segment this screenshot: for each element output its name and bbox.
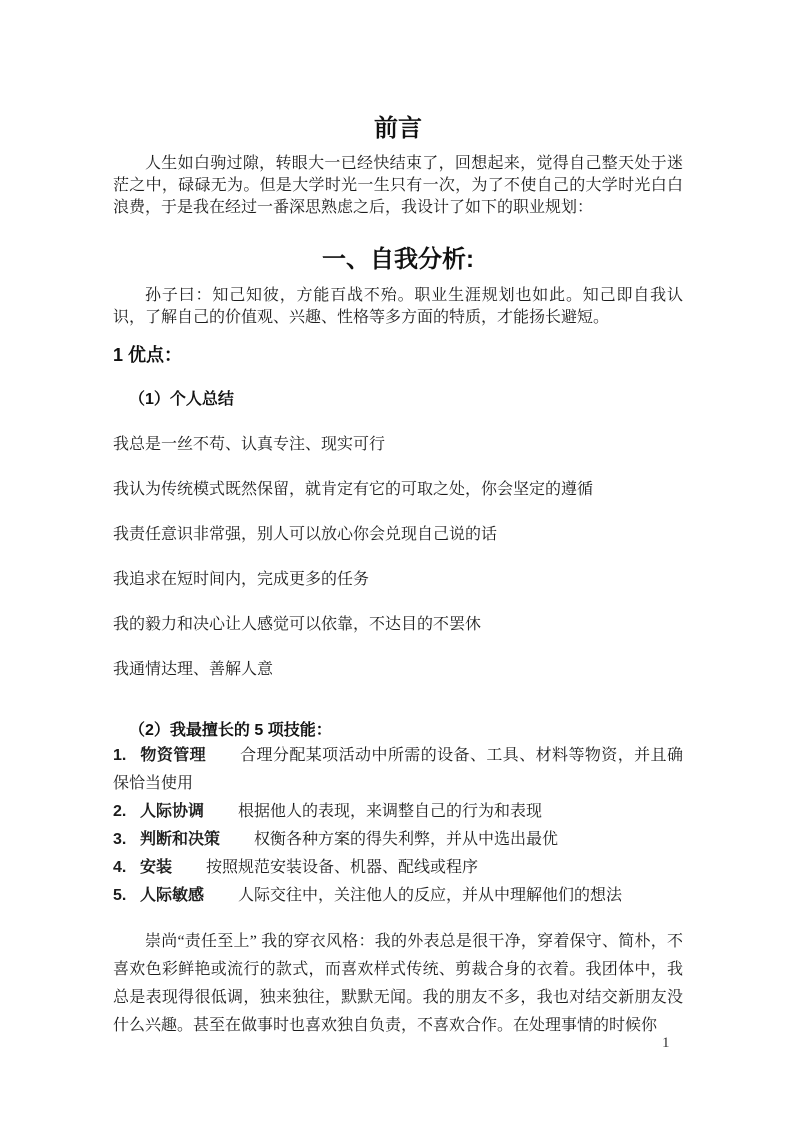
skill-name: 判断和决策 bbox=[140, 831, 220, 848]
skill-number: 1. bbox=[113, 742, 140, 770]
skill-item: 2.人际协调根据他人的表现，来调整自己的行为和表现 bbox=[113, 798, 683, 826]
skill-description: 根据他人的表现，来调整自己的行为和表现 bbox=[238, 803, 542, 820]
heading-personal-summary: （1）个人总结 bbox=[113, 389, 683, 411]
skill-number: 4. bbox=[113, 854, 140, 882]
skill-item: 5.人际敏感人际交往中，关注他人的反应，并从中理解他们的想法 bbox=[113, 882, 683, 910]
heading-strengths: 1 优点： bbox=[113, 343, 683, 367]
skill-description: 权衡各种方案的得失利弊，并从中选出最优 bbox=[254, 831, 558, 848]
page-number: 1 bbox=[662, 1035, 670, 1052]
strength-item: 我通情达理、善解人意 bbox=[113, 659, 683, 681]
skill-item: 4.安装按照规范安装设备、机器、配线或程序 bbox=[113, 854, 683, 882]
document-page: 前言 人生如白驹过隙，转眼大一已经快结束了，回想起来，觉得自己整天处于迷茫之中，… bbox=[0, 0, 793, 1122]
document-title: 前言 bbox=[113, 112, 683, 145]
strength-item: 我总是一丝不苟、认真专注、现实可行 bbox=[113, 434, 683, 456]
preface-paragraph: 人生如白驹过隙，转眼大一已经快结束了，回想起来，觉得自己整天处于迷茫之中，碌碌无… bbox=[113, 153, 683, 219]
strength-item: 我的毅力和决心让人感觉可以依靠，不达目的不罢休 bbox=[113, 614, 683, 636]
strength-item: 我责任意识非常强，别人可以放心你会兑现自己说的话 bbox=[113, 524, 683, 546]
skill-item: 1.物资管理合理分配某项活动中所需的设备、工具、材料等物资，并且确保恰当使用 bbox=[113, 742, 683, 798]
skill-name: 物资管理 bbox=[140, 747, 206, 764]
skill-description: 人际交往中，关注他人的反应，并从中理解他们的想法 bbox=[238, 887, 622, 904]
skill-name: 人际协调 bbox=[140, 803, 204, 820]
strength-item: 我追求在短时间内，完成更多的任务 bbox=[113, 569, 683, 591]
skill-number: 5. bbox=[113, 882, 140, 910]
closing-paragraph: 崇尚“责任至上” 我的穿衣风格：我的外表总是很干净，穿着保守、简朴，不喜欢色彩鲜… bbox=[113, 928, 683, 1040]
skill-description: 按照规范安装设备、机器、配线或程序 bbox=[206, 859, 478, 876]
skill-item: 3.判断和决策权衡各种方案的得失利弊，并从中选出最优 bbox=[113, 826, 683, 854]
heading-top-skills: （2）我最擅长的 5 项技能： bbox=[113, 720, 683, 742]
skill-name: 安装 bbox=[140, 859, 172, 876]
strength-item: 我认为传统模式既然保留，就肯定有它的可取之处，你会坚定的遵循 bbox=[113, 479, 683, 501]
skill-name: 人际敏感 bbox=[140, 887, 204, 904]
self-analysis-intro: 孙子曰：知己知彼，方能百战不殆。职业生涯规划也如此。知己即自我认识，了解自己的价… bbox=[113, 285, 683, 329]
skill-number: 3. bbox=[113, 826, 140, 854]
section-title-self-analysis: 一、自我分析: bbox=[113, 243, 683, 277]
skill-number: 2. bbox=[113, 798, 140, 826]
